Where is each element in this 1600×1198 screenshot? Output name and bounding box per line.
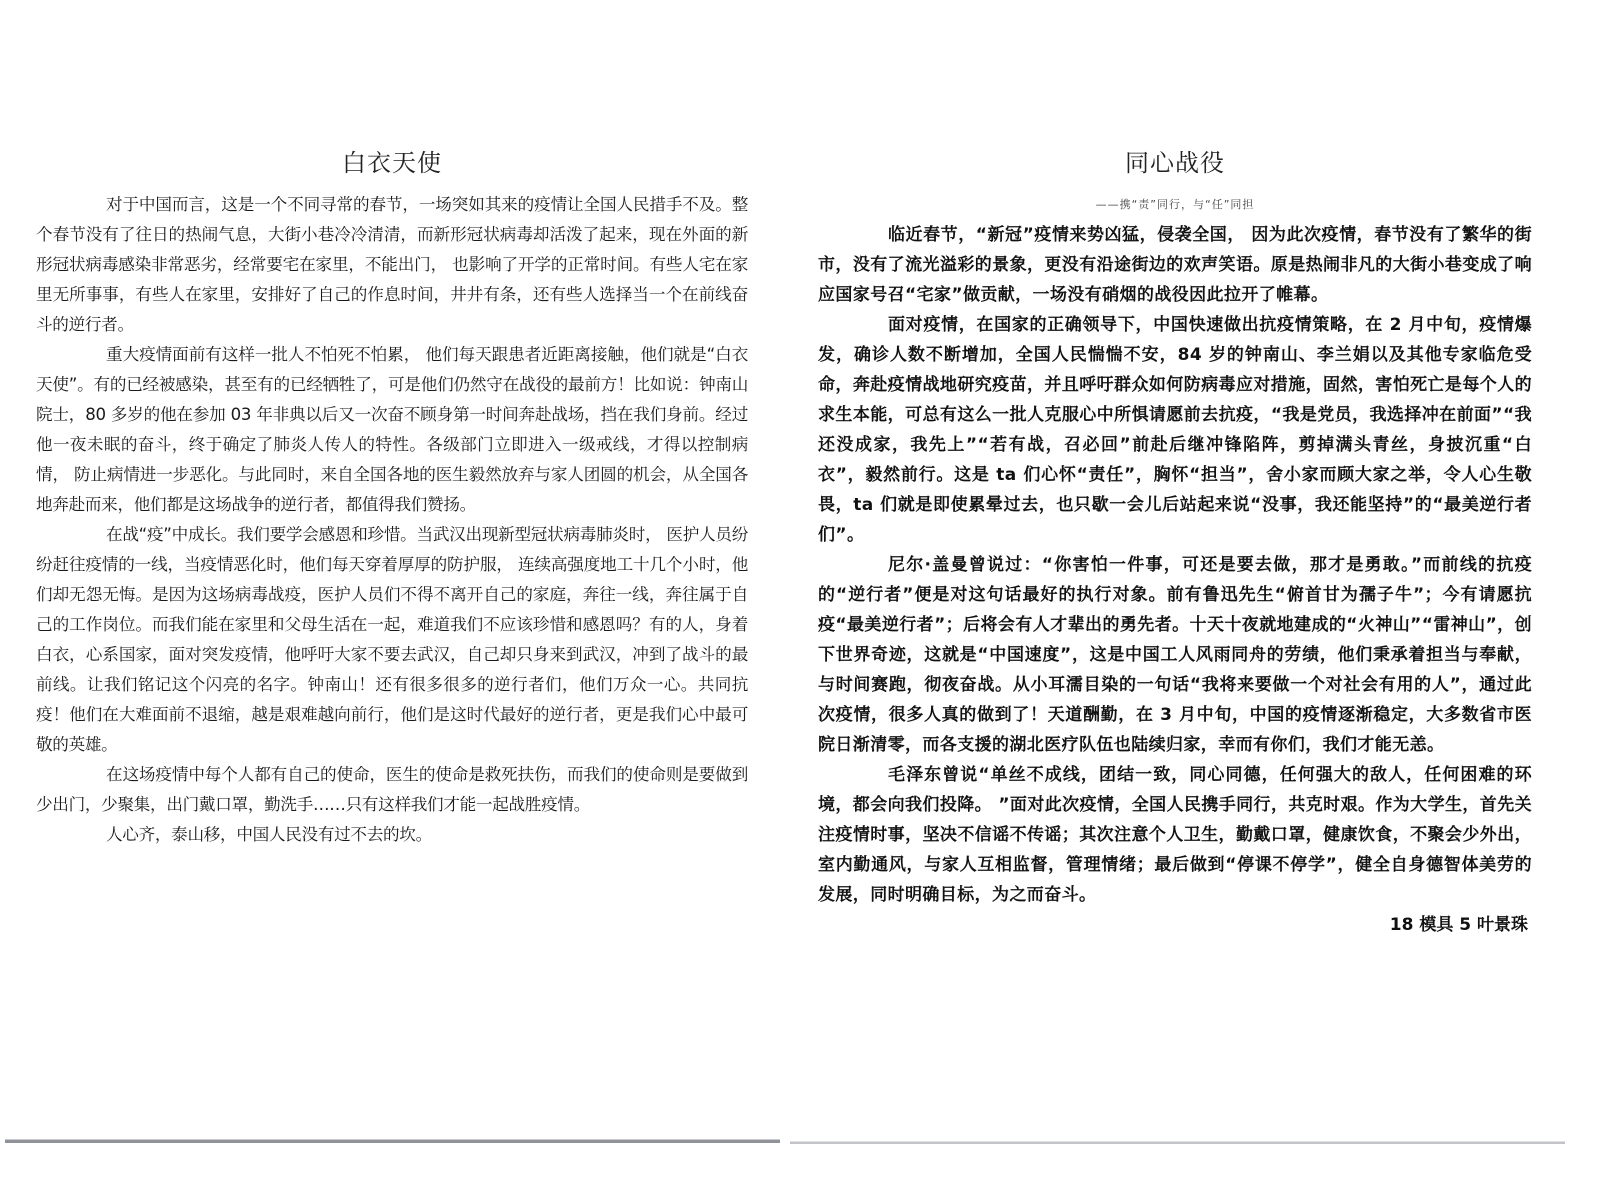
paragraph: 在这场疫情中每个人都有自己的使命，医生的使命是救死扶伤，而我们的使命则是要做到少… [36, 760, 748, 820]
left-page-bottom-rule [5, 1139, 780, 1143]
right-page-subtitle: ——携“责”同行，与“任”同担 [818, 196, 1532, 212]
paragraph: 尼尔·盖曼曾说过：“你害怕一件事，可还是要去做，那才是勇敢。”而前线的抗疫的“逆… [818, 550, 1532, 760]
left-page-body: 对于中国而言，这是一个不同寻常的春节，一场突如其来的疫情让全国人民措手不及。整个… [36, 190, 748, 850]
paragraph: 在战“疫”中成长。我们要学会感恩和珍惜。当武汉出现新型冠状病毒肺炎时， 医护人员… [36, 520, 748, 760]
right-page-body: 临近春节，“新冠”疫情来势凶猛，侵袭全国， 因为此次疫情，春节没有了繁华的街市，… [818, 220, 1532, 940]
author-signature: 18 模具 5 叶景珠 [818, 910, 1532, 940]
paragraph: 重大疫情面前有这样一批人不怕死不怕累， 他们每天跟患者近距离接触，他们就是“白衣… [36, 340, 748, 520]
paragraph: 人心齐，泰山移，中国人民没有过不去的坎。 [36, 820, 748, 850]
left-page-title: 白衣天使 [36, 143, 748, 178]
right-page-bottom-rule [790, 1141, 1565, 1144]
paragraph: 临近春节，“新冠”疫情来势凶猛，侵袭全国， 因为此次疫情，春节没有了繁华的街市，… [818, 220, 1532, 310]
paragraph: 对于中国而言，这是一个不同寻常的春节，一场突如其来的疫情让全国人民措手不及。整个… [36, 190, 748, 340]
paragraph: 毛泽东曾说“单丝不成线，团结一致，同心同德，任何强大的敌人，任何困难的环境，都会… [818, 760, 1532, 910]
paragraph: 面对疫情，在国家的正确领导下，中国快速做出抗疫情策略，在 2 月中旬，疫情爆发，… [818, 310, 1532, 550]
right-page-title: 同心战役 [818, 143, 1532, 178]
